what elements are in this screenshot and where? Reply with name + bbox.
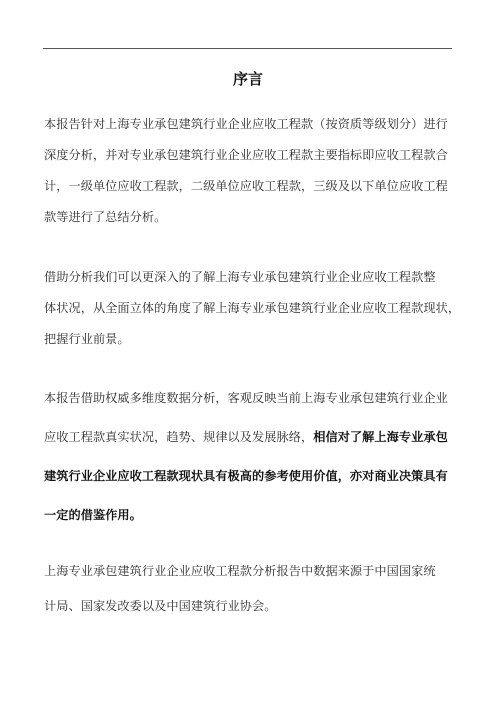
bold-paragraph-line: 建筑行业企业应收工程款现状具有极高的参考使用价值，亦对商业决策具有 [44, 467, 448, 485]
paragraph-text: 应收工程款真实状况，趋势、规律以及发展脉络， [44, 430, 313, 444]
paragraph-line: 计局、国家发改委以及中国建筑行业协会。 [44, 597, 277, 615]
paragraph-line: 应收工程款真实状况，趋势、规律以及发展脉络，相信对了解上海专业承包 [44, 428, 448, 446]
header-rule [43, 48, 452, 49]
paragraph-line: 借助分析我们可以更深入的了解上海专业承包建筑行业企业应收工程款整 [44, 268, 436, 286]
paragraph-line: 体状况，从全面立体的角度了解上海专业承包建筑行业企业应收工程款现状， [44, 299, 460, 317]
paragraph-line: 计，一级单位应收工程款，二级单位应收工程款，三级及以下单位应收工程 [44, 177, 448, 195]
paragraph-line: 款等进行了总结分析。 [44, 208, 166, 226]
bold-paragraph-line: 一定的借鉴作用。 [44, 506, 142, 524]
paragraph-line: 把握行业前景。 [44, 330, 130, 348]
page-title: 序言 [0, 68, 496, 90]
paragraph-line: 深度分析，并对专业承包建筑行业企业应收工程款主要指标即应收工程款合 [44, 146, 448, 164]
paragraph-line: 本报告针对上海专业承包建筑行业企业应收工程款（按资质等级划分）进行 [44, 115, 448, 133]
paragraph-line: 本报告借助权威多维度数据分析，客观反映当前上海专业承包建筑行业企业 [44, 389, 448, 407]
paragraph-line: 上海专业承包建筑行业企业应收工程款分析报告中数据来源于中国国家统 [44, 562, 436, 580]
bold-text: 相信对了解上海专业承包 [313, 430, 448, 444]
